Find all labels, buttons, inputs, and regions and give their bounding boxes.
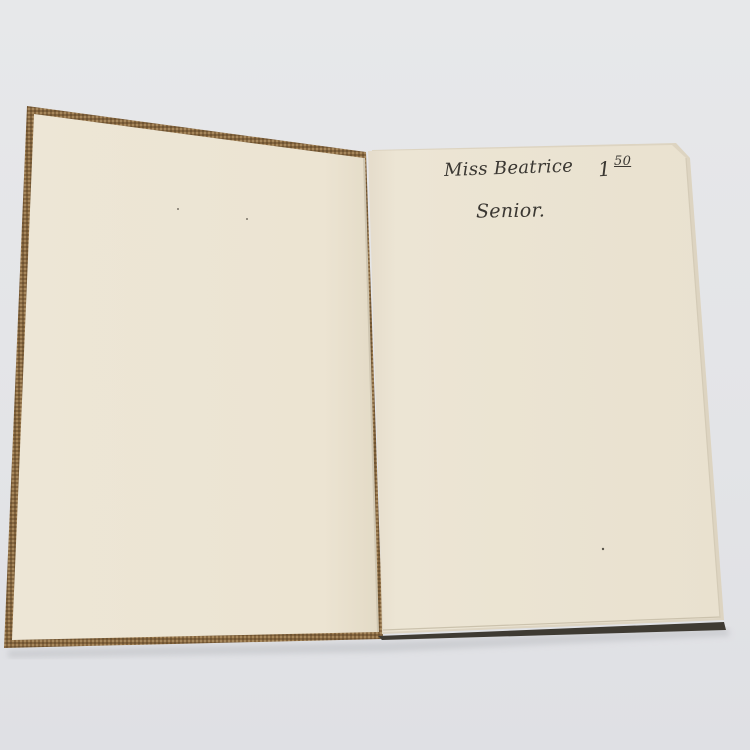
book-photo: Miss Beatrice 1 50 Senior. <box>0 0 750 750</box>
inscription-price-cents: 50 <box>614 154 631 169</box>
inscription-name: Miss Beatrice <box>444 155 574 180</box>
left-endpaper <box>12 114 378 640</box>
speck <box>602 548 604 550</box>
speck <box>246 218 248 220</box>
open-book <box>0 0 750 750</box>
inscription-price-whole: 1 <box>597 157 612 182</box>
inscription-second-line: Senior. <box>476 199 546 222</box>
speck <box>177 208 179 210</box>
